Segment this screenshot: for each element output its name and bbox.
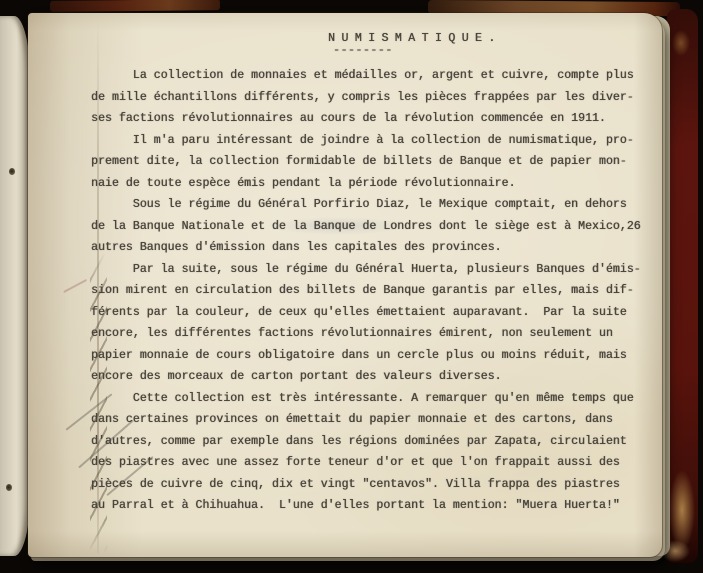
paragraph: La collection de monnaies et médailles o… [91,65,657,130]
cover-worn-patch [672,30,690,56]
text-line: Par la suite, sous le régime du Général … [91,259,657,281]
text-line: sion mirent en circulation des billets d… [91,280,657,302]
document-page: NUMISMATIQUE. -------- La collection de … [28,13,662,557]
text-line: pièces de cuivre de cinq, dix et vingt "… [91,474,657,496]
typewritten-text-body: La collection de monnaies et médailles o… [91,65,657,517]
text-line: des piastres avec une assez forte teneur… [91,452,657,474]
text-line: Il m'a paru intéressant de joindre à la … [91,130,657,152]
cover-worn-patch [669,470,695,550]
paragraph: Par la suite, sous le régime du Général … [91,259,657,388]
text-line: encore des morceaux de carton portant de… [91,366,657,388]
paragraph: Sous le régime du Général Porfirio Diaz,… [91,194,657,259]
photographed-manuscript: NUMISMATIQUE. -------- La collection de … [0,0,703,573]
text-line: de mille échantillons différents, y comp… [91,87,657,109]
text-line: encore, les différentes factions révolut… [91,323,657,345]
text-line: férents par la couleur, de ceux qu'elles… [91,302,657,324]
text-line: prement dite, la collection formidable d… [91,151,657,173]
paragraph: Cette collection est très intéressante. … [91,388,657,517]
binding-hole [6,484,12,491]
text-line: naie de toute espèce émis pendant la pér… [91,173,657,195]
binding-hole [9,168,15,175]
text-line: de la Banque Nationale et de la Banque d… [91,216,657,238]
text-line: Cette collection est très intéressante. … [91,388,657,410]
pencil-mark [63,279,87,293]
text-line: au Parral et à Chihuahua. L'une d'elles … [91,495,657,517]
text-line: papier monnaie de cours obligatoire dans… [91,345,657,367]
text-line: Sous le régime du Général Porfirio Diaz,… [91,194,657,216]
text-line: La collection de monnaies et médailles o… [91,65,657,87]
text-line: ses factions révolutionnaires au cours d… [91,108,657,130]
text-line: d'autres, comme par exemple dans les rég… [91,431,657,453]
title-underline: -------- [333,44,393,57]
text-line: autres Banques d'émission dans les capit… [91,237,657,259]
under-page-edge [0,16,30,556]
text-line: dans certaines provinces on émettait du … [91,409,657,431]
book-cover-fragment-top-left [50,0,220,12]
paragraph: Il m'a paru intéressant de joindre à la … [91,130,657,195]
